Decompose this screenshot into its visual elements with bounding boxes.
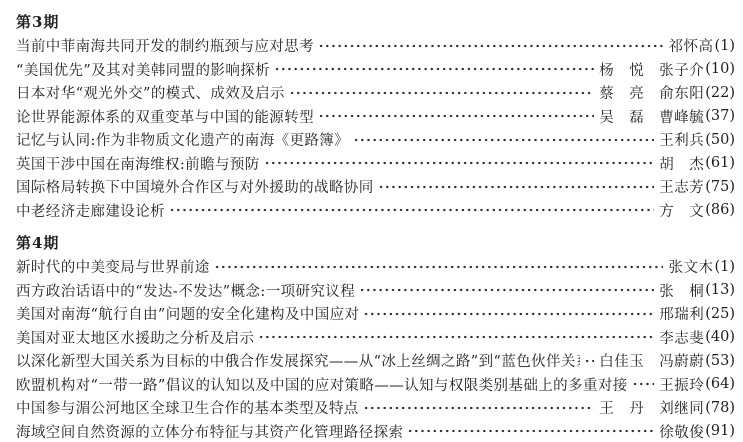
dotted-leader xyxy=(378,180,655,194)
entry-authors: 张文木 xyxy=(668,256,713,277)
entry-page: (91) xyxy=(704,423,735,439)
entry-page: (1) xyxy=(713,259,735,275)
toc-entry: 论世界能源体系的双重变革与中国的能源转型 吴 磊 曹峰毓 (37) xyxy=(16,105,735,129)
entry-page: (61) xyxy=(704,155,735,171)
entry-page: (25) xyxy=(704,306,735,322)
entry-title: 当前中菲南海共同开发的制约瓶颈与应对思考 xyxy=(16,35,314,56)
toc-entry: 新时代的中美变局与世界前途 张文木 (1) xyxy=(16,255,735,279)
entry-title: 西方政治话语中的“发达-不发达”概念:一项研究议程 xyxy=(16,280,355,301)
dotted-leader xyxy=(318,109,594,123)
entry-page: (22) xyxy=(704,85,735,101)
toc-entry: 西方政治话语中的“发达-不发达”概念:一项研究议程 张 桐 (13) xyxy=(16,279,735,303)
entry-page: (86) xyxy=(704,202,735,218)
toc-entry: 欧盟机构对“一带一路”倡议的认知以及中国的应对策略——认知与权限类别基础上的多重… xyxy=(16,373,735,397)
entry-authors: 李志斐 xyxy=(659,327,704,348)
toc-entry: 以深化新型大国关系为目标的中俄合作发展探究——从“冰上丝绸之路”到“蓝色伙伴关系… xyxy=(16,349,735,373)
entry-page: (40) xyxy=(704,329,735,345)
entry-page: (53) xyxy=(704,353,735,369)
section-header: 第4期 xyxy=(16,229,735,255)
section-issue-4: 第4期 新时代的中美变局与世界前途 张文木 (1) 西方政治话语中的“发达-不发… xyxy=(16,229,735,442)
toc-entry: 日本对华“观光外交”的模式、成效及启示 蔡 亮 俞东阳 (22) xyxy=(16,81,735,105)
toc-entry: 美国对亚太地区水援助之分析及启示 李志斐 (40) xyxy=(16,326,735,350)
entry-title: 以深化新型大国关系为目标的中俄合作发展探究——从“冰上丝绸之路”到“蓝色伙伴关系… xyxy=(16,350,580,371)
entry-authors: 王振玲 xyxy=(659,374,704,395)
dotted-leader xyxy=(214,260,664,274)
dotted-leader xyxy=(632,377,655,391)
dotted-leader xyxy=(584,354,594,368)
dotted-leader xyxy=(407,424,654,438)
entry-authors: 王志芳 xyxy=(659,176,704,197)
entry-title: 中老经济走廊建设论析 xyxy=(16,200,165,221)
entry-page: (50) xyxy=(704,132,735,148)
dotted-leader xyxy=(363,401,595,415)
entry-title: 记忆与认同:作为非物质文化遗产的南海《更路簿》 xyxy=(16,129,349,150)
entry-page: (1) xyxy=(713,38,735,54)
entry-authors: 王利兵 xyxy=(659,129,704,150)
entry-authors: 祁怀高 xyxy=(668,35,713,56)
entry-title: 美国对亚太地区水援助之分析及启示 xyxy=(16,327,254,348)
section-header: 第3期 xyxy=(16,8,735,34)
entry-authors: 张 桐 xyxy=(659,280,704,301)
toc-entry: 中老经济走廊建设论析 方 文 (86) xyxy=(16,199,735,223)
toc-entry: 记忆与认同:作为非物质文化遗产的南海《更路簿》 王利兵 (50) xyxy=(16,128,735,152)
entry-page: (75) xyxy=(704,179,735,195)
entry-authors: 白佳玉 冯蔚蔚 xyxy=(599,350,704,371)
dotted-leader xyxy=(274,62,594,76)
entry-title: “美国优先”及其对美韩同盟的影响探析 xyxy=(16,59,270,80)
entry-page: (37) xyxy=(704,108,735,124)
toc-entry: “美国优先”及其对美韩同盟的影响探析 杨 悦 张子介 (10) xyxy=(16,58,735,82)
toc-entry: 国际格局转换下中国境外合作区与对外援助的战略协同 王志芳 (75) xyxy=(16,175,735,199)
entry-title: 论世界能源体系的双重变革与中国的能源转型 xyxy=(16,106,314,127)
toc-entry: 中国参与湄公河地区全球卫生合作的基本类型及特点 王 丹 刘继同 (78) xyxy=(16,396,735,420)
entry-title: 中国参与湄公河地区全球卫生合作的基本类型及特点 xyxy=(16,397,359,418)
entry-page: (13) xyxy=(704,282,735,298)
dotted-leader xyxy=(353,133,654,147)
entry-authors: 蔡 亮 俞东阳 xyxy=(599,82,704,103)
entry-title: 国际格局转换下中国境外合作区与对外援助的战略协同 xyxy=(16,176,374,197)
entry-title: 海域空间自然资源的立体分布特征与其资产化管理路径探索 xyxy=(16,421,403,442)
dotted-leader xyxy=(258,330,654,344)
entry-page: (10) xyxy=(704,61,735,77)
toc-entry: 海域空间自然资源的立体分布特征与其资产化管理路径探索 徐敬俊 (91) xyxy=(16,420,735,442)
toc-entry: 美国对南海“航行自由”问题的安全化建构及中国应对 邢瑞利 (25) xyxy=(16,302,735,326)
entry-authors: 方 文 xyxy=(659,200,704,221)
entry-authors: 吴 磊 曹峰毓 xyxy=(599,106,704,127)
toc-page: 第3期 当前中菲南海共同开发的制约瓶颈与应对思考 祁怀高 (1) “美国优先”及… xyxy=(0,0,743,442)
section-issue-3: 第3期 当前中菲南海共同开发的制约瓶颈与应对思考 祁怀高 (1) “美国优先”及… xyxy=(16,8,735,222)
entry-page: (78) xyxy=(704,400,735,416)
dotted-leader xyxy=(318,39,663,53)
dotted-leader xyxy=(289,86,594,100)
entry-authors: 杨 悦 张子介 xyxy=(599,59,704,80)
dotted-leader xyxy=(264,156,655,170)
dotted-leader xyxy=(169,203,654,217)
dotted-leader xyxy=(359,283,654,297)
entry-authors: 徐敬俊 xyxy=(659,421,704,442)
entry-title: 新时代的中美变局与世界前途 xyxy=(16,256,210,277)
entry-authors: 王 丹 刘继同 xyxy=(599,397,704,418)
entry-page: (64) xyxy=(704,376,735,392)
entry-title: 美国对南海“航行自由”问题的安全化建构及中国应对 xyxy=(16,303,359,324)
dotted-leader xyxy=(363,307,654,321)
entry-title: 英国干涉中国在南海维权:前瞻与预防 xyxy=(16,153,260,174)
toc-entry: 英国干涉中国在南海维权:前瞻与预防 胡 杰 (61) xyxy=(16,152,735,176)
entry-authors: 胡 杰 xyxy=(659,153,704,174)
entry-title: 欧盟机构对“一带一路”倡议的认知以及中国的应对策略——认知与权限类别基础上的多重… xyxy=(16,374,628,395)
toc-entry: 当前中菲南海共同开发的制约瓶颈与应对思考 祁怀高 (1) xyxy=(16,34,735,58)
entry-title: 日本对华“观光外交”的模式、成效及启示 xyxy=(16,82,285,103)
entry-authors: 邢瑞利 xyxy=(659,303,704,324)
